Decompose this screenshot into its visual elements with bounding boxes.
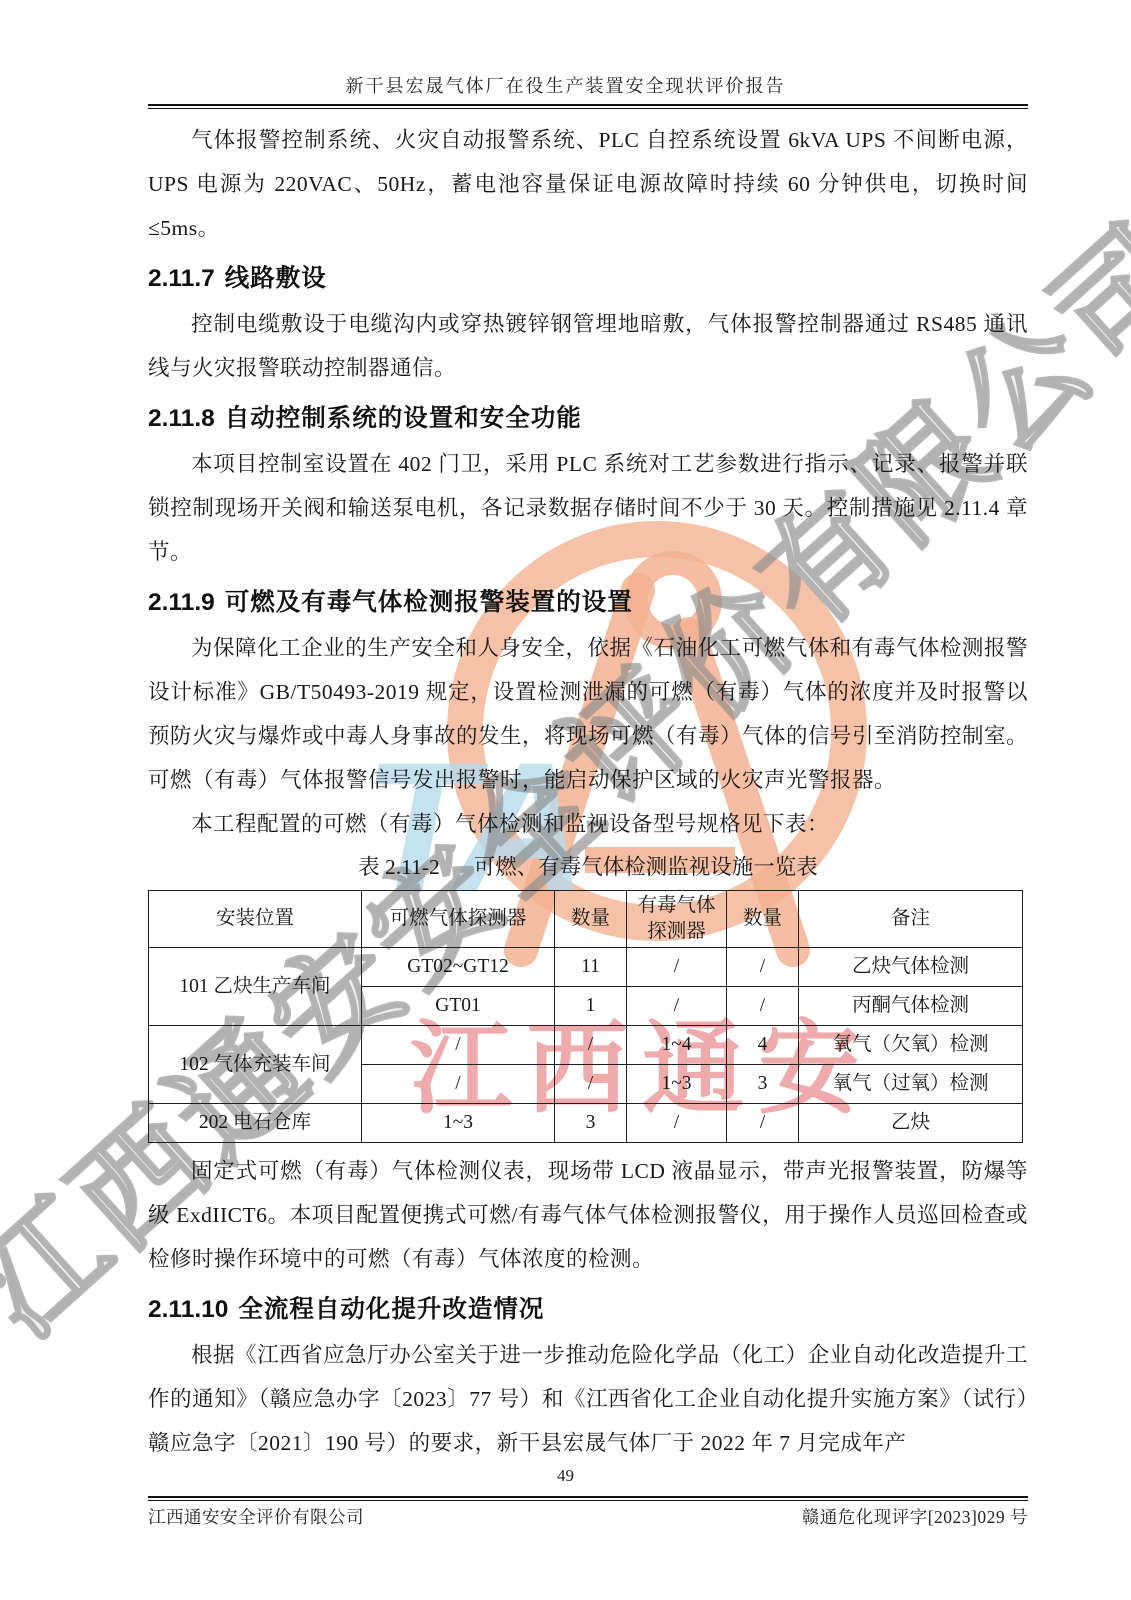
footer-rule xyxy=(148,1496,1028,1501)
page-content: 新干县宏晟气体厂在役生产装置安全现状评价报告 气体报警控制系统、火灾自动报警系统… xyxy=(0,0,1131,1600)
footer-doc-number: 赣通危化现评字[2023]029 号 xyxy=(802,1504,1028,1529)
running-header-title: 新干县宏晟气体厂在役生产装置安全现状评价报告 xyxy=(0,72,1131,98)
main-body: 气体报警控制系统、火灾自动报警系统、PLC 自控系统设置 6kVA UPS 不间… xyxy=(148,118,1028,1465)
cell-flammable: / xyxy=(362,1065,555,1104)
table-row: 102 气体充装车间 / / 1~4 4 氧气（欠氧）检测 xyxy=(149,1026,1023,1065)
cell-toxic: / xyxy=(627,1104,727,1143)
cell-note: 氧气（过氧）检测 xyxy=(799,1065,1023,1104)
section-number: 2.11.9 xyxy=(148,589,215,616)
table-caption-title: 可燃、有毒气体检测监视设施一览表 xyxy=(474,855,818,879)
col-header-qty-2: 数量 xyxy=(727,891,799,948)
page-number: 49 xyxy=(0,1466,1131,1486)
col-header-toxic-detector: 有毒气体探测器 xyxy=(627,891,727,948)
cell-flammable: / xyxy=(362,1026,555,1065)
cell-toxic-qty: / xyxy=(727,1104,799,1143)
paragraph-table-intro: 本工程配置的可燃（有毒）气体检测和监视设备型号规格见下表： xyxy=(148,802,1028,846)
table-caption: 表 2.11-2可燃、有毒气体检测监视设施一览表 xyxy=(148,852,1028,882)
table-caption-label: 表 2.11-2 xyxy=(358,855,440,879)
cell-flammable-qty: / xyxy=(555,1026,627,1065)
table-row: 202 电石仓库 1~3 3 / / 乙炔 xyxy=(149,1104,1023,1143)
cell-toxic: / xyxy=(627,987,727,1026)
cell-flammable-qty: / xyxy=(555,1065,627,1104)
cell-note: 氧气（欠氧）检测 xyxy=(799,1026,1023,1065)
col-header-note: 备注 xyxy=(799,891,1023,948)
document-page: TA 江西通安安全评价有限公司 江西通安 新干县宏晟气体厂在役生产装置安全现状评… xyxy=(0,0,1131,1600)
paragraph-fixed-detectors: 固定式可燃（有毒）气体检测仪表，现场带 LCD 液晶显示，带声光报警装置，防爆等… xyxy=(148,1149,1028,1281)
cell-flammable: GT02~GT12 xyxy=(362,948,555,987)
cell-flammable-qty: 3 xyxy=(555,1104,627,1143)
section-title: 全流程自动化提升改造情况 xyxy=(238,1296,544,1323)
paragraph-cabling: 控制电缆敷设于电缆沟内或穿热镀锌钢管埋地暗敷，气体报警控制器通过 RS485 通… xyxy=(148,302,1028,390)
section-number: 2.11.8 xyxy=(148,405,215,432)
cell-flammable-qty: 11 xyxy=(555,948,627,987)
section-heading-2-11-7: 2.11.7线路敷设 xyxy=(148,262,1028,296)
table-header-row: 安装位置 可燃气体探测器 数量 有毒气体探测器 数量 备注 xyxy=(149,891,1023,948)
cell-flammable: 1~3 xyxy=(362,1104,555,1143)
header-rule xyxy=(148,104,1028,109)
cell-toxic: / xyxy=(627,948,727,987)
cell-note: 丙酮气体检测 xyxy=(799,987,1023,1026)
col-header-flammable-detector: 可燃气体探测器 xyxy=(362,891,555,948)
section-heading-2-11-8: 2.11.8自动控制系统的设置和安全功能 xyxy=(148,402,1028,436)
section-number: 2.11.10 xyxy=(148,1296,228,1323)
section-heading-2-11-9: 2.11.9可燃及有毒气体检测报警装置的设置 xyxy=(148,586,1028,620)
cell-location: 202 电石仓库 xyxy=(149,1104,362,1143)
running-footer: 江西通安安全评价有限公司 赣通危化现评字[2023]029 号 xyxy=(148,1504,1028,1529)
cell-toxic-qty: / xyxy=(727,948,799,987)
cell-location: 101 乙炔生产车间 xyxy=(149,948,362,1026)
cell-flammable: GT01 xyxy=(362,987,555,1026)
section-title: 自动控制系统的设置和安全功能 xyxy=(225,405,582,432)
cell-toxic-qty: 4 xyxy=(727,1026,799,1065)
section-title: 可燃及有毒气体检测报警装置的设置 xyxy=(225,589,633,616)
col-header-location: 安装位置 xyxy=(149,891,362,948)
cell-toxic: 1~4 xyxy=(627,1026,727,1065)
paragraph-plc-control: 本项目控制室设置在 402 门卫，采用 PLC 系统对工艺参数进行指示、记录、报… xyxy=(148,442,1028,574)
cell-toxic-qty: / xyxy=(727,987,799,1026)
col-header-qty-1: 数量 xyxy=(555,891,627,948)
paragraph-gas-detection-basis: 为保障化工企业的生产安全和人身安全，依据《石油化工可燃气体和有毒气体检测报警设计… xyxy=(148,626,1028,802)
cell-toxic: 1~3 xyxy=(627,1065,727,1104)
section-heading-2-11-10: 2.11.10全流程自动化提升改造情况 xyxy=(148,1293,1028,1327)
section-title: 线路敷设 xyxy=(225,265,327,292)
cell-flammable-qty: 1 xyxy=(555,987,627,1026)
gas-detector-table: 安装位置 可燃气体探测器 数量 有毒气体探测器 数量 备注 101 乙炔生产车间… xyxy=(148,890,1023,1143)
paragraph-ups: 气体报警控制系统、火灾自动报警系统、PLC 自控系统设置 6kVA UPS 不间… xyxy=(148,118,1028,250)
paragraph-automation-upgrade: 根据《江西省应急厅办公室关于进一步推动危险化学品（化工）企业自动化改造提升工作的… xyxy=(148,1333,1028,1465)
section-number: 2.11.7 xyxy=(148,265,215,292)
table-row: 101 乙炔生产车间 GT02~GT12 11 / / 乙炔气体检测 xyxy=(149,948,1023,987)
footer-company: 江西通安安全评价有限公司 xyxy=(148,1504,364,1529)
cell-toxic-qty: 3 xyxy=(727,1065,799,1104)
cell-note: 乙炔气体检测 xyxy=(799,948,1023,987)
cell-location: 102 气体充装车间 xyxy=(149,1026,362,1104)
cell-note: 乙炔 xyxy=(799,1104,1023,1143)
